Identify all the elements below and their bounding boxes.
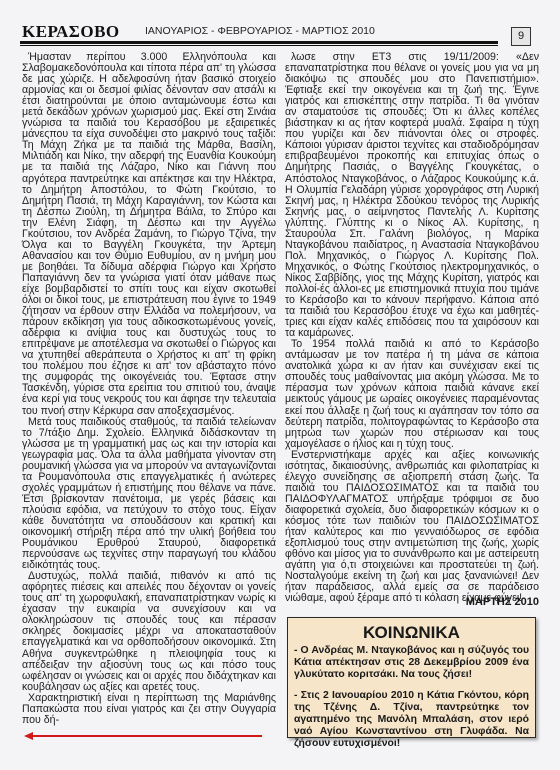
issue-date: ΙΑΝΟΥΑΡΙΟΣ - ΦΕΒΡΟΥΑΡΙΟΣ - ΜΑΡΤΙΟΣ 2010 bbox=[145, 25, 375, 37]
social-news-box: ΚΟΙΝΩΝΙΚΑ - Ο Ανδρέας Μ. Νταγκοβάνος και… bbox=[287, 617, 536, 738]
header-rule-thin bbox=[20, 45, 498, 46]
paragraph: Μετά τους παιδικούς σταθμούς, τα παιδιά … bbox=[22, 417, 276, 572]
header-rule-thick bbox=[20, 41, 498, 44]
paragraph: λωσε στην ΕΤ3 στις 19/11/2009: «Δεν επαν… bbox=[285, 52, 539, 339]
continue-arrow-line bbox=[30, 735, 262, 737]
paragraph: Χαρακτηριστική είναι η περίπτωση της Μαρ… bbox=[22, 693, 276, 726]
social-title: ΚΟΙΝΩΝΙΚΑ bbox=[294, 623, 529, 643]
article-signature: ΜΑΡΤΗΣ 2010 bbox=[285, 596, 539, 608]
newspaper-page: ΚΕΡΑΣΟΒΟ ΙΑΝΟΥΑΡΙΟΣ - ΦΕΒΡΟΥΑΡΙΟΣ - ΜΑΡΤ… bbox=[0, 0, 560, 770]
paragraph: Το 1954 πολλά παιδιά κι από το Κεράσοβο … bbox=[285, 339, 539, 449]
paragraph: Ήμασταν περίπου 3.000 Ελληνόπουλα και Σλ… bbox=[22, 52, 276, 417]
article-column-left: Ήμασταν περίπου 3.000 Ελληνόπουλα και Σλ… bbox=[22, 52, 276, 726]
page-number: 9 bbox=[511, 27, 531, 46]
article-column-right: λωσε στην ΕΤ3 στις 19/11/2009: «Δεν επαν… bbox=[285, 52, 539, 604]
paragraph: Δυστυχώς, πολλά παιδιά, πιθανόν κι από τ… bbox=[22, 571, 276, 693]
social-item: - Στις 2 Ιανουαρίου 2010 η Κάτια Γκόντου… bbox=[294, 690, 529, 751]
masthead: ΚΕΡΑΣΟΒΟ bbox=[22, 22, 120, 42]
paragraph: Ενστερνιστήκαμε αρχές και αξίες κοινωνικ… bbox=[285, 450, 539, 605]
page-header: ΚΕΡΑΣΟΒΟ ΙΑΝΟΥΑΡΙΟΣ - ΦΕΒΡΟΥΑΡΙΟΣ - ΜΑΡΤ… bbox=[20, 22, 508, 40]
social-item: - Ο Ανδρέας Μ. Νταγκοβάνος και η σύζυγός… bbox=[294, 645, 529, 682]
